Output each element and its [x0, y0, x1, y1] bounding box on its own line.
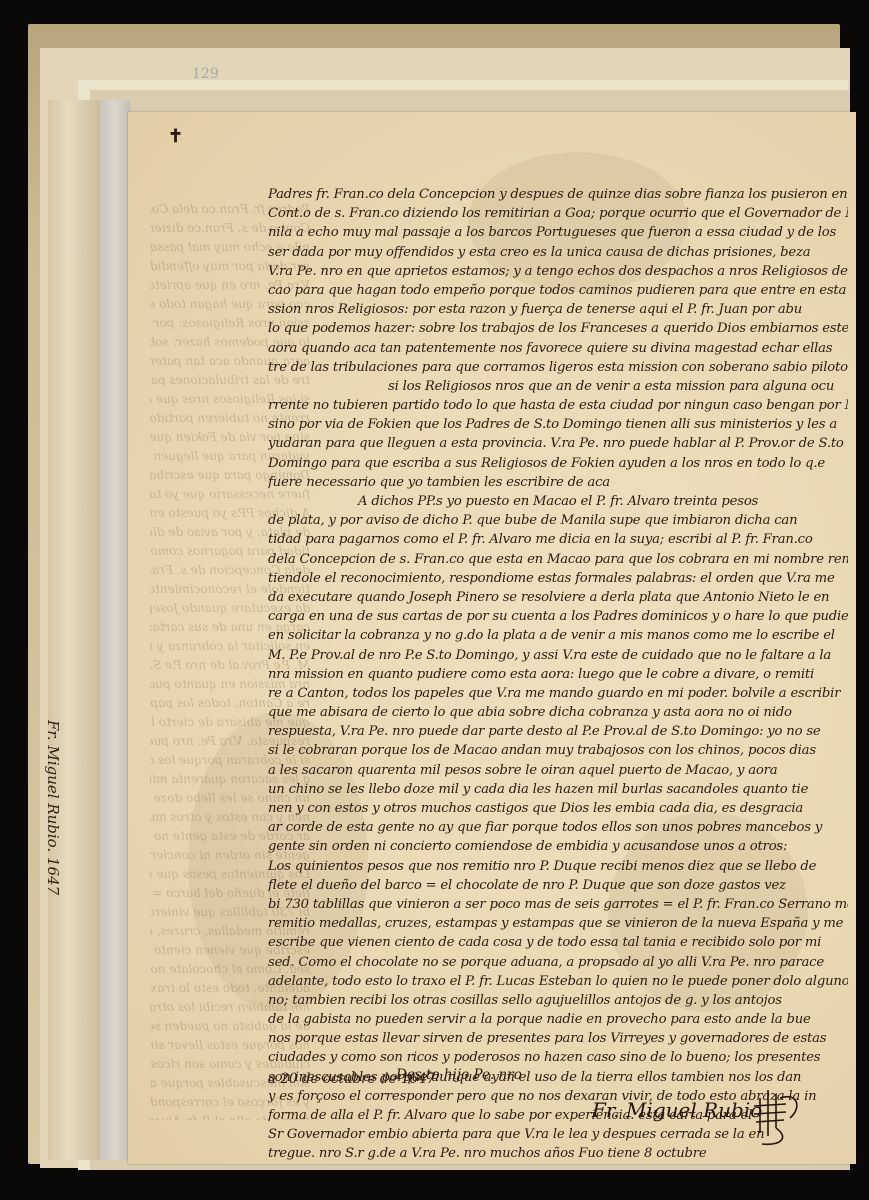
bound-spine — [48, 100, 100, 1160]
text-line: escribe que vienen ciento de cada cosa y… — [268, 933, 848, 952]
text-line: ssion nros Religiosos: por esta razon y … — [268, 300, 848, 319]
text-line: nila a echo muy mal passaje a los barcos… — [268, 223, 848, 242]
text-line: carga en una de sus cartas de por su cue… — [268, 607, 848, 626]
folio-cross-mark: ✝ — [168, 126, 183, 147]
text-line: gente sin orden ni concierto comiendose … — [268, 837, 848, 856]
text-line: nos porque estas llevar sirven de presen… — [268, 1029, 848, 1048]
text-line: adelante, todo esto lo traxo el P. fr. L… — [268, 972, 848, 991]
text-line: flete el dueño del barco = el chocolate … — [268, 876, 848, 895]
guard-strip — [100, 100, 130, 1160]
text-line: de la gabista no pueden servir a la porq… — [268, 1010, 848, 1029]
text-line: respuesta, V.ra Pe. nro puede dar parte … — [268, 722, 848, 741]
text-line: sino por via de Fokien que los Padres de… — [268, 415, 848, 434]
text-line: cao para que hagan todo empeño porque to… — [268, 281, 848, 300]
letter-body: Padres fr. Fran.co dela Concepcion y des… — [268, 185, 848, 1164]
text-line: tre de las tribulaciones para que corram… — [268, 358, 848, 377]
text-line: ciudades y como son ricos y poderosos no… — [268, 1048, 848, 1067]
text-line: da executare quando Joseph Pinero se res… — [268, 588, 848, 607]
text-line: Domingo para que escriba a sus Religioso… — [268, 454, 848, 473]
text-line: lo que podemos hazer: sobre los trabajos… — [268, 319, 848, 338]
text-line: A dichos PP.s yo puesto en Macao el P. f… — [268, 492, 848, 511]
text-line: ar corde de esta gente no ay que fiar po… — [268, 818, 848, 837]
text-line: ser dada por muy offendidos y esta creo … — [268, 243, 848, 262]
text-line: re a Canton, todos los papeles que V.ra … — [268, 684, 848, 703]
spine-vertical-note: Fr. Miguel Rubio. 1647 — [44, 720, 62, 895]
text-line: nra mission en quanto pudiere como esta … — [268, 665, 848, 684]
text-line: tiendole el reconocimiento, respondiome … — [268, 569, 848, 588]
rubric-flourish-icon — [750, 1078, 810, 1148]
text-line: nen y con estos y otros muchos castigos … — [268, 799, 848, 818]
text-line: dela Concepcion de s. Fran.co que esta e… — [268, 550, 848, 569]
text-line: sed. Como el chocolate no se porque adua… — [268, 953, 848, 972]
closing-salutation: Des.to hijo Pe. nro — [396, 1067, 522, 1083]
signature: Fr. Miguel Rubio — [592, 1098, 762, 1122]
text-line: de plata, y por aviso de dicho P. que bu… — [268, 511, 848, 530]
text-line: aora quando aca tan patentemente nos fav… — [268, 339, 848, 358]
text-line: que me abisara de cierto lo que abia sob… — [268, 703, 848, 722]
text-line: bi 730 tablillas que vinieron a ser poco… — [268, 895, 848, 914]
text-line: un chino se les llebo doze mil y cada di… — [268, 780, 848, 799]
text-line: Los quinientos pesos que nos remitio nro… — [268, 857, 848, 876]
text-line: M. P.e Prov.al de nro P.e S.to Domingo, … — [268, 646, 848, 665]
text-line: Cont.o de s. Fran.co diziendo los remiti… — [268, 204, 848, 223]
pencil-folio-number: 129 — [192, 66, 219, 82]
text-line: fuere necessario que yo tambien les escr… — [268, 473, 848, 492]
text-line: rrente no tubieren partido todo lo que h… — [268, 396, 848, 415]
text-line: yudaran para que lleguen a esta provinci… — [268, 434, 848, 453]
text-line: a les sacaron quarenta mil pesos sobre l… — [268, 761, 848, 780]
text-line: tidad para pagarnos como el P. fr. Alvar… — [268, 530, 848, 549]
text-line: en solicitar la cobranza y no g.do la pl… — [268, 626, 848, 645]
text-line: no; tambien recibi los otras cosillas se… — [268, 991, 848, 1010]
text-line: remitio medallas, cruzes, estampas y est… — [268, 914, 848, 933]
text-line: si le cobraran porque los de Macao andan… — [268, 741, 848, 760]
text-line: V.ra Pe. nro en que aprietos estamos; y … — [268, 262, 848, 281]
text-line: si los Religiosos nros que an de venir a… — [268, 377, 848, 396]
text-line: Padres fr. Fran.co dela Concepcion y des… — [268, 185, 848, 204]
